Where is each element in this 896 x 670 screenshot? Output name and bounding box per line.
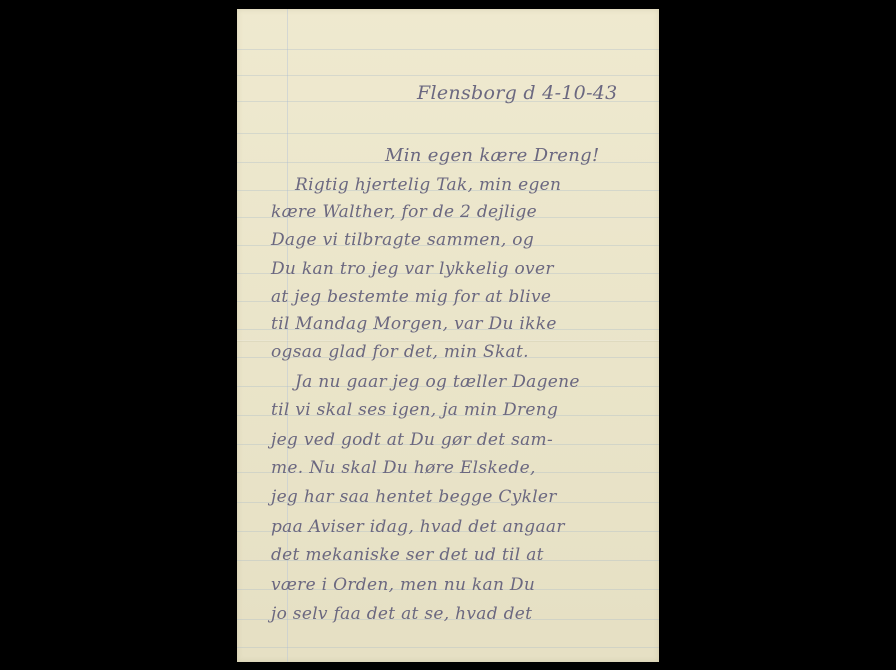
letter-line: jo selv faa det at se, hvad det [271,604,532,624]
letter-line: Ja nu gaar jeg og tæller Dagene [295,372,580,392]
date-line: Flensborg d 4-10-43 [417,83,618,103]
letter-line: ogsaa glad for det, min Skat. [271,342,529,362]
letter-line: Rigtig hjertelig Tak, min egen [295,175,561,195]
ruled-line [237,647,659,648]
letter-line: være i Orden, men nu kan Du [271,575,535,595]
letter-line: paa Aviser idag, hvad det angaar [271,517,565,537]
letter-line: til vi skal ses igen, ja min Dreng [271,400,558,420]
ruled-line [237,133,659,134]
letter-page: Flensborg d 4-10-43 Min egen kære Dreng!… [237,9,659,662]
document-viewer: Flensborg d 4-10-43 Min egen kære Dreng!… [0,0,896,670]
letter-line: jeg ved godt at Du gør det sam- [271,430,553,450]
ruled-line [237,49,659,50]
letter-line: jeg har saa hentet begge Cykler [271,487,557,507]
greeting: Min egen kære Dreng! [385,146,600,166]
letter-line: Dage vi tilbragte sammen, og [271,230,534,250]
letter-line: det mekaniske ser det ud til at [271,545,544,565]
ruled-line [237,75,659,76]
letter-line: til Mandag Morgen, var Du ikke [271,314,557,334]
letter-line: Du kan tro jeg var lykkelig over [271,259,554,279]
letter-line: at jeg bestemte mig for at blive [271,287,551,307]
letter-line: me. Nu skal Du høre Elskede, [271,458,536,478]
letter-line: kære Walther, for de 2 dejlige [271,202,537,222]
